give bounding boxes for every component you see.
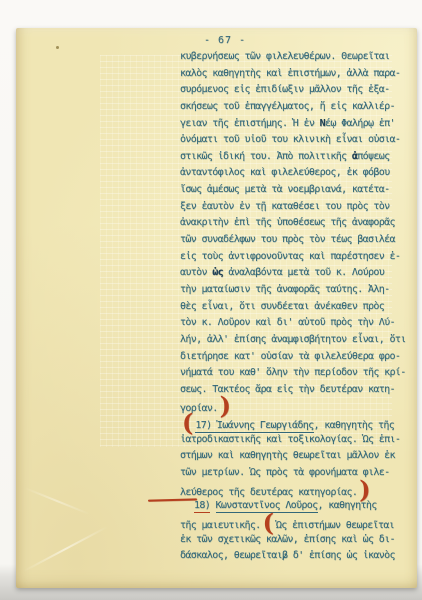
paper-crease bbox=[23, 526, 108, 572]
typed-text: τὴν ματαίωσιν τῆς ἀναφορᾶς ταύτης. Ἀλη- bbox=[180, 284, 389, 295]
typed-line: σεως. Τακτέος ἄρα εἰς τὴν δευτέραν κατη- bbox=[180, 382, 416, 399]
typed-line: ξεν ἑαυτὸν ἐν τῇ καταθέσει του πρὸς τὸν bbox=[180, 199, 416, 216]
typed-text: τῶν συναδέλφων του πρὸς τὸν τέως βασιλέα bbox=[180, 234, 395, 245]
typed-line: στήμων καὶ καθηγητὴς θεωρεῖται μᾶλλον ἐκ bbox=[180, 448, 416, 465]
struck-out-character: β bbox=[282, 548, 287, 565]
typed-line: κυβερνήσεως τῶν φιλελευθέρων. Θεωρεῖται bbox=[180, 49, 416, 66]
red-paren-annotation: ) bbox=[359, 485, 370, 495]
typed-line: καλὸς καθηγητὴς καὶ ἐπιστήμων, ἀλλὰ παρα… bbox=[180, 66, 416, 83]
typed-text: ξεν ἑαυτὸν ἐν τῇ καταθέσει του πρὸς τὸν bbox=[180, 201, 389, 212]
typed-text: ἴσως ἀμέσως μετὰ τὰ νοεμβριανά, κατέτα- bbox=[180, 184, 389, 195]
typed-text: σκήσεως τοῦ ἐπαγγέλματος, ἤ εἰς καλλιέρ- bbox=[180, 101, 395, 112]
typed-text: εἰς τοὺς ἀντιφρονοῦντας καὶ παρέστησεν ἑ… bbox=[180, 251, 400, 262]
typed-line: ἴσως ἀμέσως μετὰ τὰ νοεμβριανά, κατέτα- bbox=[180, 182, 416, 199]
typed-text: λήν, ἀλλ' ἐπίσης ἀναμφισβήτητον εἶναι, ὅ… bbox=[180, 334, 406, 345]
paper-crease bbox=[24, 487, 90, 515]
underlined-name: 17) Ἰωάννης Γεωργιάδης bbox=[195, 420, 313, 433]
typed-text: αυτὸν bbox=[180, 267, 212, 278]
document-page: - 67 - κυβερνήσεως τῶν φιλελευθέρων. Θεω… bbox=[16, 28, 417, 588]
typed-text: , καθηγητὴς τῆς bbox=[314, 420, 395, 431]
typed-text-block: κυβερνήσεως τῶν φιλελευθέρων. Θεωρεῖταικ… bbox=[180, 49, 416, 565]
typed-text: Ὡς ἐπιστήμων θεωρεῖται bbox=[276, 520, 394, 531]
typed-text: νήματά του καθ' ὅλην τὴν περίοδον τῆς κρ… bbox=[180, 367, 406, 378]
typed-text: στικῶς ἰδική του. Ἀπὸ πολιτικῆς bbox=[180, 151, 352, 162]
scan-background: { "page": { "number_label": "- 67 -" }, … bbox=[0, 0, 422, 600]
red-paren-annotation: ) bbox=[220, 401, 231, 411]
typed-line: διετήρησε κατ' οὐσίαν τὰ φιλελεύθερα φρο… bbox=[180, 349, 416, 366]
typed-text: έῳ Φαλήρῳ ἐπ' bbox=[325, 118, 395, 129]
typed-line: σκήσεως τοῦ ἐπαγγέλματος, ἤ εἰς καλλιέρ- bbox=[180, 99, 416, 116]
typed-line: τῆς μαιευτικῆς.(Ὡς ἐπιστήμων θεωρεῖται bbox=[180, 515, 416, 532]
typed-text: στήμων καὶ καθηγητὴς θεωρεῖται μᾶλλον ἐκ bbox=[180, 450, 395, 461]
typed-line: ἰατροδικαστικῆς καὶ τοξικολογίας. Ὡς ἐπι… bbox=[180, 432, 416, 449]
red-paren-annotation: ( bbox=[182, 418, 193, 428]
typed-text: καλὸς καθηγητὴς καὶ ἐπιστήμων, ἀλλὰ παρα… bbox=[180, 68, 400, 79]
typed-line: λήν, ἀλλ' ἐπίσης ἀναμφισβήτητον εἶναι, ὅ… bbox=[180, 332, 416, 349]
typed-text: ἀνακριτὴν ἐπὶ τῆς ὑποθέσεως τῆς ἀναφορᾶς bbox=[180, 217, 395, 228]
typed-text: θὲς εἶναι, ὅτι συνδέεται ἀνέκαθεν πρὸς bbox=[180, 301, 384, 312]
typed-text: γειαν τῆς ἐπιστήμης. Ἡ ἐν bbox=[180, 118, 320, 129]
typed-text: δ' ἐπίσης ὡς ἱκανὸς bbox=[287, 550, 394, 561]
typed-line: εἰς τοὺς ἀντιφρονοῦντας καὶ παρέστησεν ἑ… bbox=[180, 249, 416, 266]
typed-line: τὴν ματαίωσιν τῆς ἀναφορᾶς ταύτης. Ἀλη- bbox=[180, 282, 416, 299]
typed-line: στικῶς ἰδική του. Ἀπὸ πολιτικῆς ἀπόψεως bbox=[180, 149, 416, 166]
handwritten-ink-correction: ὡς bbox=[212, 267, 223, 278]
red-paren-annotation: ( bbox=[263, 518, 274, 528]
typed-line: συρόμενος εἰς ἐπιδίωξιν μᾶλλον τῆς ἐξα- bbox=[180, 82, 416, 99]
typed-text: διετήρησε κατ' οὐσίαν τὰ φιλελεύθερα φρο… bbox=[180, 351, 400, 362]
typed-line: λεύθερος τῆς δευτέρας κατηγορίας.) bbox=[180, 482, 416, 499]
typed-line: τῶν συναδέλφων του πρὸς τὸν τέως βασιλέα bbox=[180, 232, 416, 249]
typed-text: συρόμενος εἰς ἐπιδίωξιν μᾶλλον τῆς ἐξα- bbox=[180, 84, 389, 95]
typed-line: ἀνακριτὴν ἐπὶ τῆς ὑποθέσεως τῆς ἀναφορᾶς bbox=[180, 215, 416, 232]
typed-text bbox=[210, 500, 215, 511]
typed-text: ἀναλαβόντα μετὰ τοῦ κ. Λούρου bbox=[223, 267, 384, 278]
typed-text: δάσκαλος, θεωρεῖται bbox=[180, 550, 282, 561]
typed-line: τὸν κ. Λοῦρον καὶ δι' αὐτοῦ πρὸς τὴν Λύ- bbox=[180, 315, 416, 332]
typed-line: γειαν τῆς ἐπιστήμης. Ἡ ἐν Νέῳ Φαλήρῳ ἐπ' bbox=[180, 116, 416, 133]
typed-line: αυτὸν ὡς ἀναλαβόντα μετὰ τοῦ κ. Λούρου bbox=[180, 265, 416, 282]
typed-text: κυβερνήσεως τῶν φιλελευθέρων. Θεωρεῖται bbox=[180, 51, 389, 62]
typed-line: δάσκαλος, θεωρεῖταιβ δ' ἐπίσης ὡς ἱκανὸς bbox=[180, 548, 416, 565]
typed-text: ἀνταντόφιλος καὶ φιλελεύθερος, ἐκ φόβου bbox=[180, 167, 389, 178]
typed-text: σεως. Τακτέος ἄρα εἰς τὴν δευτέραν κατη- bbox=[180, 384, 395, 395]
typed-text: ὀνόματι τοῦ υἱοῦ του κλινικὴ εἶναι οὐσια… bbox=[180, 134, 400, 145]
typed-line: (17) Ἰωάννης Γεωργιάδης, καθηγητὴς τῆς bbox=[180, 415, 416, 432]
page-number: - 67 - bbox=[180, 35, 270, 46]
typed-line: τῶν μετρίων. Ὡς πρὸς τὰ φρονήματα φιλε- bbox=[180, 465, 416, 482]
typed-line: ἀνταντόφιλος καὶ φιλελεύθερος, ἐκ φόβου bbox=[180, 165, 416, 182]
typed-text: λεύθερος τῆς δευτέρας κατηγορίας. bbox=[180, 487, 357, 498]
typed-line: ὀνόματι τοῦ υἱοῦ του κλινικὴ εἶναι οὐσια… bbox=[180, 132, 416, 149]
typed-line: ἐκ τῶν σχετικῶς καλῶν, ἐπίσης καὶ ὡς δι- bbox=[180, 532, 416, 549]
paper-speck bbox=[56, 46, 59, 49]
typed-text: τῆς μαιευτικῆς. bbox=[180, 520, 261, 531]
typed-text: ἰατροδικαστικῆς καὶ τοξικολογίας. Ὡς ἐπι… bbox=[180, 434, 400, 445]
typed-line: 18) Κωνσταντῖνος Λοῦρος, καθηγητὴς bbox=[180, 498, 416, 515]
typed-line: γορίαν.) bbox=[180, 398, 416, 415]
red-underlined-entry-number: 18) bbox=[194, 500, 210, 513]
typed-text: τὸν κ. Λοῦρον καὶ δι' αὐτοῦ πρὸς τὴν Λύ- bbox=[180, 317, 395, 328]
typed-line: θὲς εἶναι, ὅτι συνδέεται ἀνέκαθεν πρὸς bbox=[180, 299, 416, 316]
typed-text: τῶν μετρίων. Ὡς πρὸς τὰ φρονήματα φιλε- bbox=[180, 467, 389, 478]
typed-text: ἐκ τῶν σχετικῶς καλῶν, ἐπίσης καὶ ὡς δι- bbox=[180, 534, 395, 545]
typed-line: νήματά του καθ' ὅλην τὴν περίοδον τῆς κρ… bbox=[180, 365, 416, 382]
typed-text: πόψεως bbox=[357, 151, 389, 162]
